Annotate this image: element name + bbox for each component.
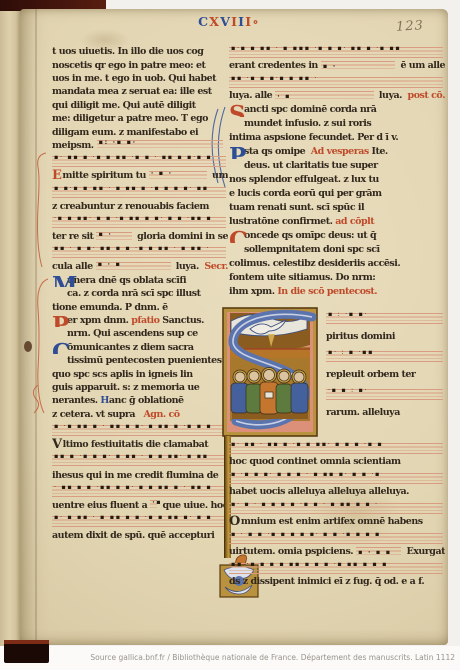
- body-text: t uos uiuetis. In illo die uos cog: [52, 46, 203, 57]
- body-text: mandata mea z seruat ea: ille est: [52, 86, 212, 97]
- rubric-text: Ad vesperas: [311, 145, 372, 159]
- music-line: ▪· ▪ · ▪ ▪ ▪ ▪ ·▪ ▪ · ▪ ▪▪ ▪ ▪ ·: [229, 499, 445, 515]
- text-line: tione emunda. P dnm. ē: [52, 300, 228, 313]
- pentecost-miniature: [222, 307, 318, 439]
- body-text: ter re sit: [52, 231, 93, 242]
- body-text: e lucis corda eorū qui per grām: [229, 187, 382, 201]
- text-line: Psta qs omipe Ad vesperas Ite.: [229, 145, 445, 159]
- drop-cap: P: [52, 314, 66, 327]
- text-line: uirtutem. omia pspiciens.▪ · ▪ ▪Exurgat: [229, 545, 445, 559]
- drop-cap: C: [52, 341, 66, 354]
- text-line: mandata mea z seruat ea: ille est: [52, 85, 228, 98]
- text-line: rarum. alleluya: [326, 402, 445, 423]
- body-text: tissimū pentecosten puenientes: [67, 355, 222, 366]
- folio-roman-letter: V: [220, 14, 231, 29]
- body-text: um: [212, 170, 228, 181]
- folio-roman-letter: X: [209, 14, 220, 29]
- drop-cap: O: [229, 515, 240, 529]
- music-line: ▪ ·▪ ▪▪ ▪ · ▪▪ ▪ ▪· ▪ ▪▪ ▪ ·▪ ▪ ▪: [52, 421, 228, 438]
- music-line: ▪▪ ·▪ ▪ ▪·▪ ▪ ▪▪ ·: [229, 73, 445, 89]
- adjacent-page-edge: [0, 0, 21, 652]
- body-text: ds z dissipent inimici eī z fug. q̄ od. …: [229, 575, 424, 589]
- text-line: intima aspsione fecundet. Per d ī v.: [229, 131, 445, 145]
- text-line: Emitte spiritum tu· ▪ ·um: [52, 169, 228, 182]
- text-line: Per xpm dnm. pfatio Sanctus.: [52, 314, 228, 327]
- body-text: me: diligetur a patre meo. T ego: [52, 113, 208, 124]
- digitized-manuscript-view: CXVIII∘ 123 t uos uiuetis. In illo die u…: [0, 0, 460, 670]
- text-line: Sancti spc dominē corda nrā: [229, 103, 445, 117]
- neume-notation: ▪ ·▪ ▪ ▪· ▪ ▪ ▪ · ▪ ▪▪ ▪· ▪ ▪ ·▪: [231, 470, 381, 478]
- music-line: · ▪▪ ▪ ▪ ·▪▪ ▪ ▪· ▪ ▪ ▪▪ ▪ · ▪▪ ▪: [52, 482, 228, 499]
- text-line: Concede qs omīpc deus: ut q̄: [229, 229, 445, 243]
- text-line: t uos uiuetis. In illo die uos cog: [52, 45, 228, 58]
- folio-number-handwritten: 123: [396, 18, 425, 34]
- neume-notation: ▪· ▪▪ · ▪▪ ▪ ·▪ ▪ ▪▪· ▪ ▪ ▪ ·▪ ▪: [231, 440, 383, 448]
- body-text: mitte spiritum tu: [62, 170, 145, 181]
- column-right-upper-text: ▪·▪ ▪ ▪▪ · ▪ ▪▪▪ ·▪ ▪ ▪· ▪▪ ▪ ·▪ ▪▪erant…: [229, 43, 445, 299]
- neume-notation: ▪· ▪▪ ▪ ·▪ ▪ ▪▪ ·▪ ▪ · ▪▪ ▪ ▪·▪ ▪: [54, 153, 212, 161]
- neume-notation: ▪ ·: [323, 59, 337, 73]
- text-line: luya. alle· ▪luya. post cō.: [229, 89, 445, 103]
- body-text: Sanctus.: [162, 315, 204, 326]
- binding-clasp-bottom: [4, 640, 49, 663]
- body-text: ca. z corda nrā scī spc illust: [67, 288, 200, 299]
- body-text: z cetera. vt supra: [52, 409, 143, 420]
- body-text: z creabuntur z renouabis faciem: [52, 201, 209, 212]
- text-beside-miniature: ▪ : ·▪ ▪·piritus domini▪· : ▪ ·▪▪repleui…: [318, 307, 445, 439]
- attribution-bar: Source gallica.bnf.fr / Bibliothèque nat…: [0, 646, 460, 670]
- body-text: luya.: [176, 261, 199, 272]
- folio-roman-letter: C: [198, 14, 209, 29]
- text-line: erant credentes in▪ ·ē um alle: [229, 59, 445, 73]
- body-text: piritus domini: [326, 326, 395, 347]
- rubric-text: pfatio: [131, 315, 162, 326]
- neume-notation: ·▪ ▪ ▪▪· ▪ ▪ ·▪ ▪▪ ▪ ▪· ▪ ▪ ·▪▪ ▪: [54, 214, 212, 222]
- body-text: quo spc scs aplis in igneis lin: [52, 369, 193, 380]
- body-text: noscetis qr ego in patre meo: et: [52, 60, 205, 71]
- rubric-text: In die scō pentecost.: [277, 285, 377, 299]
- column-right-lower-text: ▪· ▪▪ · ▪▪ ▪ ·▪ ▪ ▪▪· ▪ ▪ ▪ ·▪ ▪hoc quod…: [229, 439, 445, 589]
- text-line: nerantes. Hanc ḡ oblationē: [52, 394, 228, 407]
- music-line: ▪ : ·▪ ▪·: [326, 309, 445, 326]
- text-line: z creabuntur z renouabis faciem: [52, 200, 228, 213]
- historiated-initial-s-icon: [222, 307, 318, 437]
- body-text: nerantes.: [52, 395, 100, 406]
- body-text: lustratōne confirmet.: [229, 215, 335, 229]
- body-text: ltimo festiuitatis die clamabat: [63, 439, 209, 450]
- text-line: guis apparuit. s: z memoria ue: [52, 381, 228, 394]
- drop-cap: P: [229, 145, 243, 159]
- body-text: meipsm.: [52, 140, 94, 151]
- text-column-left: t uos uiuetis. In illo die uos cognoscet…: [52, 45, 228, 543]
- blue-capital-text: H: [100, 395, 108, 406]
- body-text: autem dixit de spū. quē accepturi: [52, 530, 214, 541]
- body-text: uirtutem. omia pspiciens.: [229, 545, 353, 559]
- neume-notation: ▪ · ▪ ▪ ·▪ ▪ ▪ ▪ ▪· ▪ ▪ ·▪ ▪ ▪ ▪: [231, 530, 381, 538]
- music-line: ▪· ▪▪ ▪ ·▪ ▪ ▪▪ ·▪ ▪ · ▪▪ ▪ ▪·▪ ▪: [52, 152, 228, 169]
- neume-notation: ▪ · ▪ ▪: [358, 545, 392, 559]
- text-line: piritus domini: [326, 326, 445, 347]
- text-line: cula alle▪ · ▪luya. Secr.: [52, 260, 228, 273]
- drop-cap: V: [52, 438, 62, 451]
- neume-notation: ▪ ·▪ ▪▪ ▪ · ▪▪ ▪ ▪· ▪ ▪▪ ▪ ·▪ ▪ ▪: [54, 422, 212, 430]
- drop-cap: E: [52, 169, 61, 182]
- text-line: ter re sit▪ ·gloria domini in se: [52, 230, 228, 243]
- neume-notation: ▪ : ·▪ ▪·: [328, 310, 368, 318]
- text-line: uos in me. t ego in uob. Qui habet: [52, 72, 228, 85]
- text-line: noscetis qr ego in patre meo: et: [52, 58, 228, 71]
- text-line: e lucis corda eorū qui per grām: [229, 187, 445, 201]
- text-line: hoc quod continet omnia scientiam: [229, 455, 445, 469]
- neume-notation: ▪: ·▪ ▪·: [99, 139, 137, 147]
- neume-notation: ▪·▪ ▪ ▪▪ · ▪ ▪▪▪ ·▪ ▪ ▪· ▪▪ ▪ ·▪ ▪▪: [231, 44, 401, 52]
- body-text: mundet infusio. z sui roris: [244, 117, 371, 131]
- text-line: Munera dnē qs oblata scīfi: [52, 274, 228, 287]
- music-staff: ▪ ·: [96, 231, 134, 243]
- body-text: colimus. celestibz desideriis accēsi.: [229, 257, 400, 271]
- neume-notation: ▪ ▪·▪ ▪ ▪▪ · ▪ ▪▪ ▪ ·▪ ▪ ▪ ▪· ▪▪: [54, 184, 209, 192]
- attribution-text: Source gallica.bnf.fr / Bibliothèque nat…: [90, 653, 455, 662]
- music-staff: · ▪: [275, 90, 376, 102]
- body-text: repleuit orbem ter: [326, 364, 415, 385]
- folio-roman-letter: I: [231, 14, 238, 29]
- rubric-text: Secr.: [199, 261, 228, 272]
- music-staff: ▪ · ▪ ▪: [356, 546, 403, 558]
- music-staff: ▪: ·▪ ▪·: [97, 139, 225, 151]
- text-line: z cetera. vt supra Agn. cō: [52, 408, 228, 421]
- text-line: me: diligetur a patre meo. T ego: [52, 112, 228, 125]
- music-line: ▪· ▪▪ · ▪▪ ▪ ·▪ ▪ ▪▪· ▪ ▪ ▪ ·▪ ▪: [229, 439, 445, 455]
- text-line: sollempnitatem doni spc scī: [229, 243, 445, 257]
- body-text: mnium est enim artifex omnē habens: [241, 515, 423, 529]
- neume-notation: · ▪▪ ▪ ▪ ·▪▪ ▪ ▪· ▪ ▪ ▪▪ ▪ · ▪▪ ▪: [54, 483, 212, 491]
- body-text: ihesus qui in me credit flumina de: [52, 470, 218, 481]
- music-line: ▪ ▪·▪ ▪ ▪▪ · ▪ ▪▪ ▪ ·▪ ▪ ▪ ▪· ▪▪: [52, 183, 228, 200]
- music-line: ▪▪ · ▪ ▪· ▪▪ ▪ ▪ ·▪ ▪ ▪▪ · ▪ ▪▪ ·: [52, 243, 228, 260]
- text-line: autem dixit de spū. quē accepturi: [52, 529, 228, 542]
- illuminated-initial-row: ▪ : ·▪ ▪·piritus domini▪· : ▪ ·▪▪repleui…: [229, 307, 445, 439]
- body-text: tione emunda. P dnm. ē: [52, 302, 168, 313]
- text-line: quo spc scs aplis in igneis lin: [52, 367, 228, 380]
- neume-notation: ▪▪ · ▪ ▪· ▪▪ ▪ ▪ ·▪ ▪ ▪▪ · ▪ ▪▪ ·: [54, 244, 210, 252]
- text-line: tissimū pentecosten puenientes: [52, 354, 228, 367]
- body-text: nos splendor effulgeat. z lux tu: [229, 173, 379, 187]
- drop-cap: C: [229, 229, 243, 243]
- body-text: tuam renati sunt. scī spūc il: [229, 201, 364, 215]
- body-text: hoc quod continet omnia scientiam: [229, 455, 401, 469]
- music-line: ▪· : ▪ ·▪▪: [326, 347, 445, 364]
- text-line: ca. z corda nrā scī spc illust: [52, 287, 228, 300]
- text-line: nos splendor effulgeat. z lux tu: [229, 173, 445, 187]
- body-text: rarum. alleluya: [326, 402, 400, 423]
- text-line: repleuit orbem ter: [326, 364, 445, 385]
- body-text: luya.: [379, 89, 408, 103]
- text-line: Cōmunicantes z diem sacra: [52, 341, 228, 354]
- body-text: diligam eum. z manifestabo ei: [52, 127, 198, 138]
- body-text: uos in me. t ego in uob. Qui habet: [52, 73, 216, 84]
- neume-notation: ▪ · ▪: [98, 260, 122, 268]
- music-staff: · ▪ ·: [149, 170, 209, 182]
- text-line: uentre eius fluent a·▪que uiue. hoc: [52, 499, 228, 512]
- body-text: unera dnē qs oblata scīfi: [67, 275, 186, 286]
- body-text: ihm xpm.: [229, 285, 277, 299]
- rubric-text: post cō.: [408, 89, 445, 103]
- body-text: que uiue. hoc: [162, 500, 228, 511]
- body-text: intima aspsione fecundet. Per d ī v.: [229, 131, 398, 145]
- body-text: luya. alle: [229, 89, 272, 103]
- neume-notation: ▪· ▪ ▪▪ · ▪ ▪▪ ▪ ▪ ·▪ ▪ ▪▪ ▪· ▪ ▪: [54, 513, 212, 521]
- neume-notation: ▪ ·: [98, 230, 112, 238]
- text-line: colimus. celestibz desideriis accēsi.: [229, 257, 445, 271]
- folio-number-roman: CXVIII∘: [198, 14, 260, 29]
- text-line: deus. ut claritatis tue super: [229, 159, 445, 173]
- music-line: ▪· ▪ ▪▪ · ▪ ▪▪ ▪ ▪ ·▪ ▪ ▪▪ ▪· ▪ ▪: [52, 512, 228, 529]
- drop-cap: S: [229, 103, 243, 117]
- body-text: Exurgat: [406, 545, 445, 559]
- text-line: ihesus qui in me credit flumina de: [52, 468, 228, 481]
- text-line: lustratōne confirmet. ad cōplt: [229, 215, 445, 229]
- text-line: Omnium est enim artifex omnē habens: [229, 515, 445, 529]
- body-text: qui diligit me. Qui autē diligit: [52, 100, 196, 111]
- music-line: ·▪ ▪ ▪▪· ▪ ▪ ·▪ ▪▪ ▪ ▪· ▪ ▪ ·▪▪ ▪: [52, 213, 228, 230]
- text-line: meipsm.▪: ·▪ ▪·: [52, 139, 228, 152]
- body-text: gloria domini in se: [137, 231, 228, 242]
- music-line: ▪▪ ·▪ ▪ ▪ ▪ ▪▪ ▪ ▪ ▪ ·▪ ▪▪ ▪ ▪ ▪: [229, 559, 445, 575]
- body-text: er xpm dnm.: [67, 315, 131, 326]
- neume-notation: ·▪: [152, 499, 162, 507]
- music-line: ▪▪ ▪ ·▪ ▪ ▪· ▪ ▪▪ · ▪ ▪ ▪▪· ▪ ▪▪: [52, 451, 228, 468]
- neume-notation: ▪▪ ▪ ·▪ ▪ ▪· ▪ ▪▪ · ▪ ▪ ▪▪· ▪ ▪▪: [54, 452, 209, 460]
- body-text: ancti spc dominē corda nrā: [244, 103, 376, 117]
- text-line: mundet infusio. z sui roris: [229, 117, 445, 131]
- neume-notation: ▪· ▪ · ▪ ▪ ▪ ▪ ·▪ ▪ · ▪ ▪▪ ▪ ▪ ·: [231, 500, 379, 508]
- neume-notation: · ▪: [277, 89, 291, 103]
- music-line: ▪·▪ ▪ ▪▪ · ▪ ▪▪▪ ·▪ ▪ ▪· ▪▪ ▪ ·▪ ▪▪: [229, 43, 445, 59]
- text-line: Vltimo festiuitatis die clamabat: [52, 438, 228, 451]
- text-line: nrm. Qui ascendens sup ce: [52, 327, 228, 340]
- music-staff: ▪ · ▪: [96, 261, 173, 273]
- neume-notation: ▪· : ▪ ·▪▪: [328, 348, 374, 356]
- body-text: fontem uite sitiamus. Do nrm:: [229, 271, 375, 285]
- body-text: nrm. Qui ascendens sup ce: [67, 328, 198, 339]
- neume-notation: ▪▪ ·▪ ▪ ▪ ▪ ▪▪ ▪ ▪ ▪ ·▪ ▪▪ ▪ ▪ ▪: [231, 560, 388, 568]
- text-line: tuam renati sunt. scī spūc il: [229, 201, 445, 215]
- folio-roman-letter: ∘: [252, 14, 260, 29]
- text-line: diligam eum. z manifestabo ei: [52, 125, 228, 138]
- text-column-right: ▪·▪ ▪ ▪▪ · ▪ ▪▪▪ ·▪ ▪ ▪· ▪▪ ▪ ·▪ ▪▪erant…: [229, 43, 445, 589]
- body-text: deus. ut claritatis tue super: [244, 159, 378, 173]
- body-text: sta qs omipe: [244, 145, 311, 159]
- text-line: ihm xpm. In die scō pentecost.: [229, 285, 445, 299]
- body-text: cula alle: [52, 261, 93, 272]
- body-text: uentre eius fluent a: [52, 500, 147, 511]
- music-line: ·▪ ▪ : ▪·: [326, 385, 445, 402]
- body-text: guis apparuit. s: z memoria ue: [52, 382, 199, 393]
- neume-notation: ▪▪ ·▪ ▪ ▪·▪ ▪ ▪▪ ·: [231, 74, 318, 82]
- neume-notation: · ▪ ·: [151, 169, 173, 177]
- rubric-text: Agn. cō: [143, 409, 179, 420]
- body-text: anc ḡ oblationē: [109, 395, 184, 406]
- music-staff: ·▪: [150, 499, 159, 511]
- text-line: fontem uite sitiamus. Do nrm:: [229, 271, 445, 285]
- text-line: qui diligit me. Qui autē diligit: [52, 99, 228, 112]
- body-text: ōmunicantes z diem sacra: [67, 342, 194, 353]
- body-text: oncede qs omīpc deus: ut q̄: [244, 229, 376, 243]
- margin-penwork-red-icon: [26, 149, 52, 449]
- music-staff: ▪ ·: [321, 60, 398, 72]
- text-line: habet uocis alleluya alleluya alleluya.: [229, 485, 445, 499]
- music-line: ▪ ·▪ ▪ ▪· ▪ ▪ ▪ · ▪ ▪▪ ▪· ▪ ▪ ·▪: [229, 469, 445, 485]
- body-text: habet uocis alleluya alleluya alleluya.: [229, 485, 409, 499]
- body-text: ē um alle: [400, 59, 445, 73]
- manuscript-page: CXVIII∘ 123 t uos uiuetis. In illo die u…: [20, 9, 448, 645]
- text-line: ds z dissipent inimici eī z fug. q̄ od. …: [229, 575, 445, 589]
- neume-notation: ·▪ ▪ : ▪·: [328, 386, 368, 394]
- body-text: Ite.: [372, 145, 388, 159]
- rubric-text: ad cōplt: [335, 215, 374, 229]
- drop-cap: M: [52, 274, 66, 287]
- body-text: erant credentes in: [229, 59, 318, 73]
- music-line: ▪ · ▪ ▪ ·▪ ▪ ▪ ▪ ▪· ▪ ▪ ·▪ ▪ ▪ ▪: [229, 529, 445, 545]
- body-text: sollempnitatem doni spc scī: [244, 243, 380, 257]
